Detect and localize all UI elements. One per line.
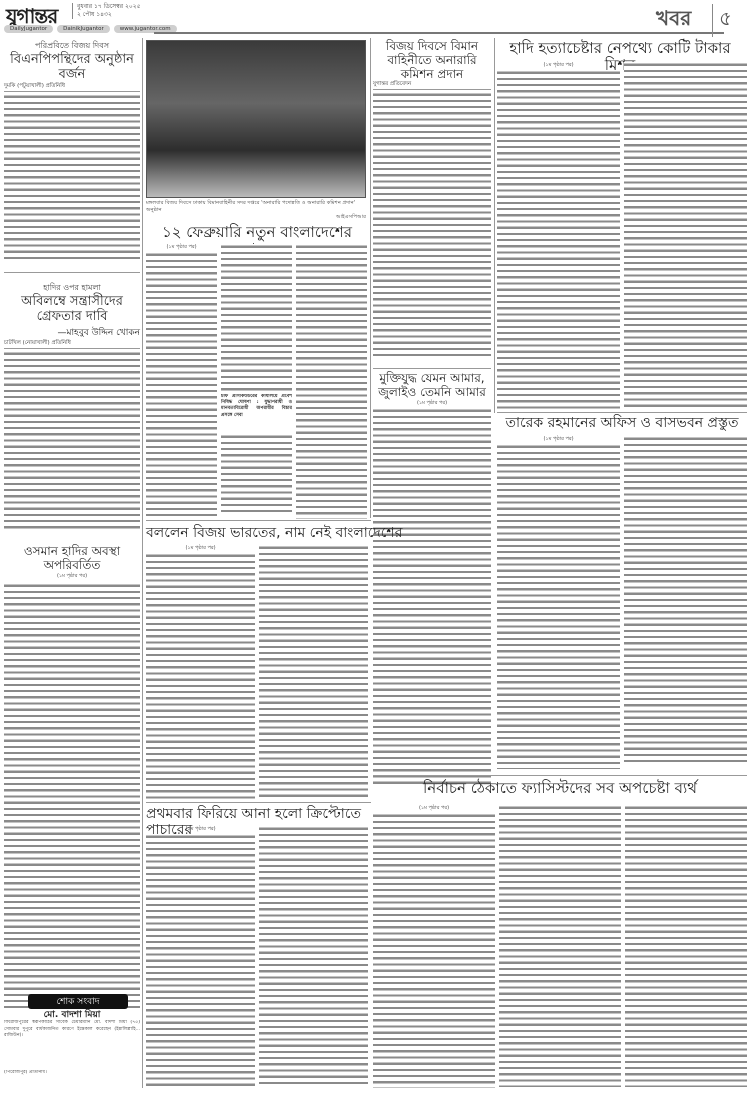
masthead: যুগান্তর বুধবার ১৭ ডিসেম্বর ২০২৫ ২ পৌষ ১…	[0, 0, 751, 36]
twitter-link[interactable]: DailyJugantor	[4, 25, 53, 33]
obituary-name: মো. বাদশা মিয়া	[4, 1010, 140, 1020]
divider	[373, 775, 747, 776]
byline: দুমকি (পটুয়াখালী) প্রতিনিধি	[4, 83, 140, 92]
divider	[146, 520, 371, 521]
social-links: DailyJugantor DainikJugantor www.juganto…	[4, 25, 177, 33]
section-title: খবর	[656, 4, 691, 37]
article-bnp-event: পরিপ্রবিতে বিজয় দিবস বিএনপিপন্থিদের অনু…	[4, 40, 140, 259]
article-osman-hadi: ওসমান হাদির অবস্থা অপরিবর্তিত (১ম পৃষ্ঠা…	[4, 545, 140, 1008]
photo-credit: আইএসপিআর	[146, 214, 366, 221]
article-body	[4, 94, 140, 259]
divider	[497, 412, 747, 413]
column-rule	[142, 38, 143, 1088]
photo-caption: মঙ্গলবার বিজয় দিবসে ঢাকায় বিমানবাহিনীর…	[146, 200, 355, 213]
article-liberation: মুক্তিযুদ্ধ যেমন আমার, জুলাইও তেমনি আমার…	[373, 372, 491, 788]
article-hadi-attack: হাদির ওপর হামলা অবিলম্বে সন্ত্রাসীদের গ্…	[4, 282, 140, 531]
facebook-link[interactable]: DainikJugantor	[57, 25, 110, 33]
article-body	[4, 351, 140, 531]
divider	[146, 802, 371, 803]
article-election: নির্বাচন ঠেকাতে ফ্যাসিস্টদের সব অপচেষ্টা…	[373, 780, 747, 797]
column-rule	[370, 38, 371, 518]
headline: বিএনপিপন্থিদের অনুষ্ঠান বর্জন	[4, 53, 140, 83]
column-rule	[494, 38, 495, 413]
page-number: ৫	[712, 4, 732, 37]
article-tarek: তারেক রহমানের অফিস ও বাসভবন প্রস্তুত	[497, 415, 747, 431]
obituary-label: শোক সংবাদ	[28, 994, 128, 1009]
header-rule	[154, 32, 724, 34]
divider	[4, 272, 140, 273]
obituary: শোক সংবাদ	[28, 994, 128, 1009]
divider	[373, 368, 491, 369]
headline: অবিলম্বে সন্ত্রাসীদের গ্রেফতার দাবি	[4, 295, 140, 325]
article-india-victory: বললেন বিজয় ভারতের, নাম নেই বাংলাদেশের	[146, 525, 371, 541]
article-airforce: বিজয় দিবসে বিমান বাহিনীতে অনারারি কমিশন…	[373, 40, 491, 357]
issue-date: বুধবার ১৭ ডিসেম্বর ২০২৫ ২ পৌষ ১৪৩২	[72, 3, 141, 19]
news-photo	[146, 40, 366, 198]
